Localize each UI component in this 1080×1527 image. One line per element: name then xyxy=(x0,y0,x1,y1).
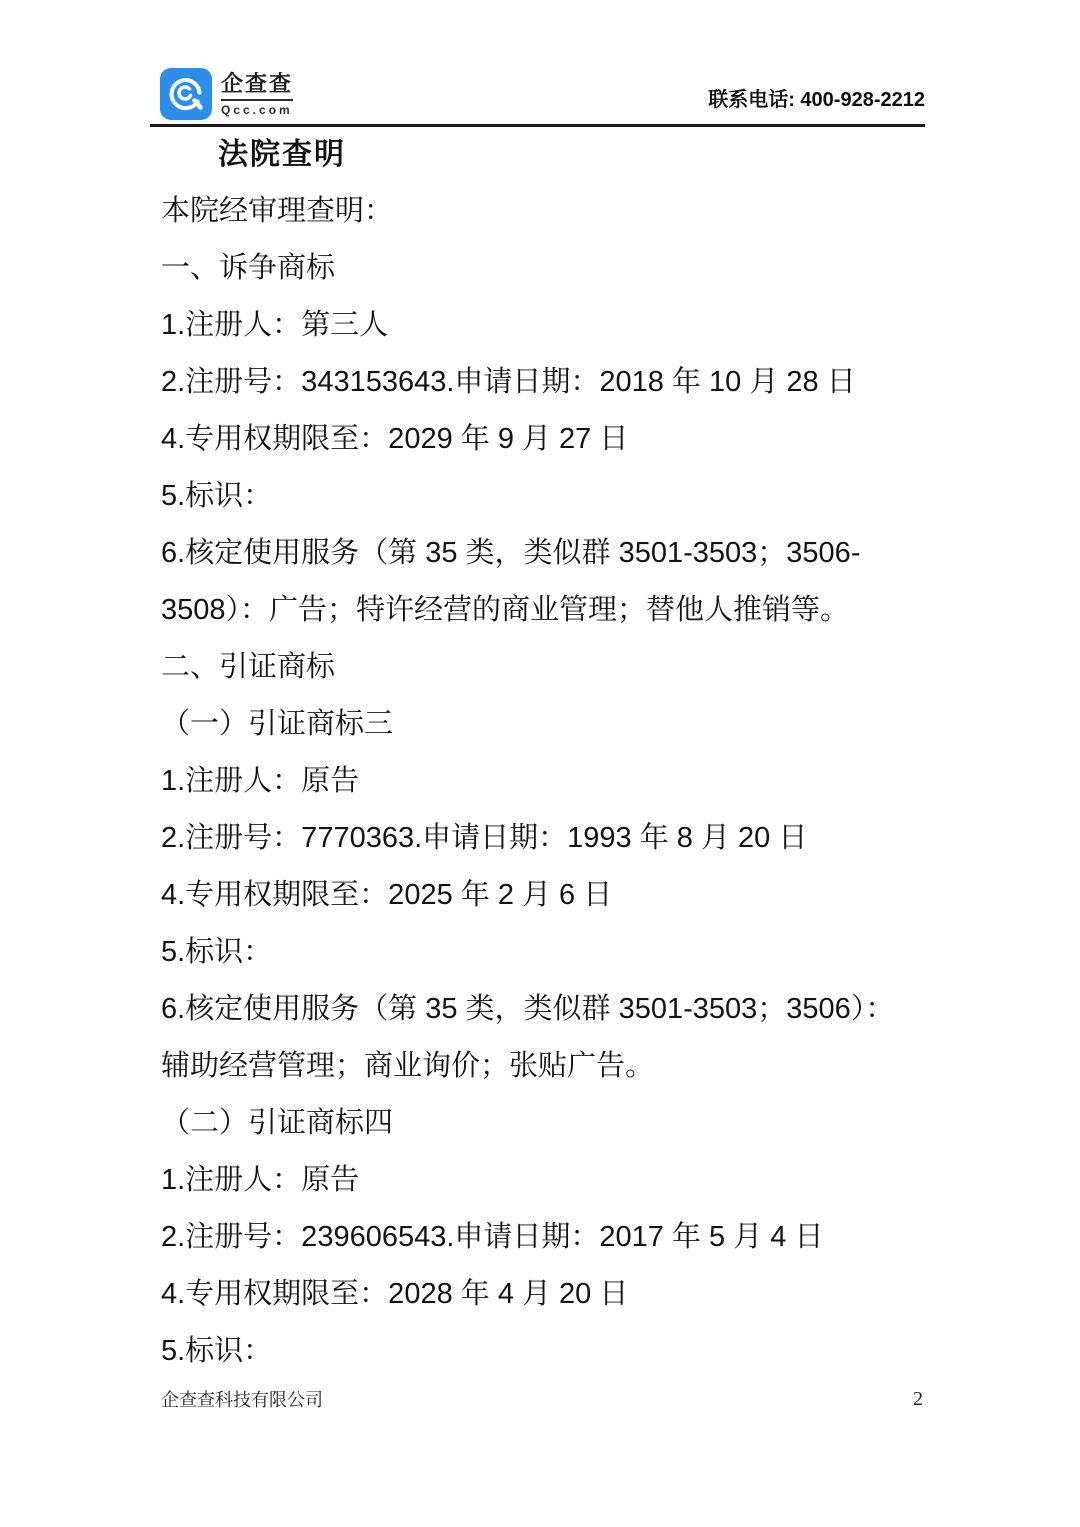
body-line: 6.核定使用服务（第 35 类，类似群 3501-3503；3506- xyxy=(161,525,961,582)
body-line: 2.注册号：343153643.申请日期：2018 年 10 月 28 日 xyxy=(161,354,961,411)
footer-company: 企查查科技有限公司 xyxy=(161,1386,323,1412)
header-divider xyxy=(150,124,925,127)
body-line: 一、诉争商标 xyxy=(161,240,961,297)
body-line: 2.注册号：7770363.申请日期：1993 年 8 月 20 日 xyxy=(161,810,961,867)
body-line: 1.注册人：第三人 xyxy=(161,297,961,354)
body-line: 辅助经营管理；商业询价；张贴广告。 xyxy=(161,1038,961,1095)
body-line: 4.专用权期限至：2029 年 9 月 27 日 xyxy=(161,411,961,468)
body-line: 5.标识： xyxy=(161,1323,961,1380)
page-title: 法院查明 xyxy=(218,138,346,173)
body-line: （一）引证商标三 xyxy=(161,696,961,753)
qcc-logo-text: 企查查 Qcc.com xyxy=(221,72,293,115)
body-line: 5.标识： xyxy=(161,924,961,981)
body-line: 5.标识： xyxy=(161,468,961,525)
body-line: （二）引证商标四 xyxy=(161,1095,961,1152)
body-line: 4.专用权期限至：2028 年 4 月 20 日 xyxy=(161,1266,961,1323)
qcc-logo-icon xyxy=(160,68,212,120)
brand-name: 企查查 xyxy=(221,72,293,100)
body-line: 2.注册号：239606543.申请日期：2017 年 5 月 4 日 xyxy=(161,1209,961,1266)
document-page: 企查查 Qcc.com 联系电话: 400-928-2212 法院查明 本院经审… xyxy=(0,0,1080,1527)
body-line: 3508）：广告；特许经营的商业管理；替他人推销等。 xyxy=(161,582,961,639)
body-line: 4.专用权期限至：2025 年 2 月 6 日 xyxy=(161,867,961,924)
body-line: 1.注册人：原告 xyxy=(161,1152,961,1209)
page-header: 企查查 Qcc.com 联系电话: 400-928-2212 xyxy=(160,68,925,120)
qcc-logo: 企查查 Qcc.com xyxy=(160,68,293,120)
body-line: 本院经审理查明： xyxy=(161,183,961,240)
body-line: 6.核定使用服务（第 35 类，类似群 3501-3503；3506）： xyxy=(161,981,961,1038)
brand-domain: Qcc.com xyxy=(221,104,293,116)
page-number: 2 xyxy=(913,1388,923,1411)
page-footer: 企查查科技有限公司 2 xyxy=(161,1386,923,1412)
document-body: 本院经审理查明： 一、诉争商标 1.注册人：第三人 2.注册号：34315364… xyxy=(161,183,961,1380)
contact-phone: 联系电话: 400-928-2212 xyxy=(708,83,925,120)
body-line: 二、引证商标 xyxy=(161,639,961,696)
body-line: 1.注册人：原告 xyxy=(161,753,961,810)
